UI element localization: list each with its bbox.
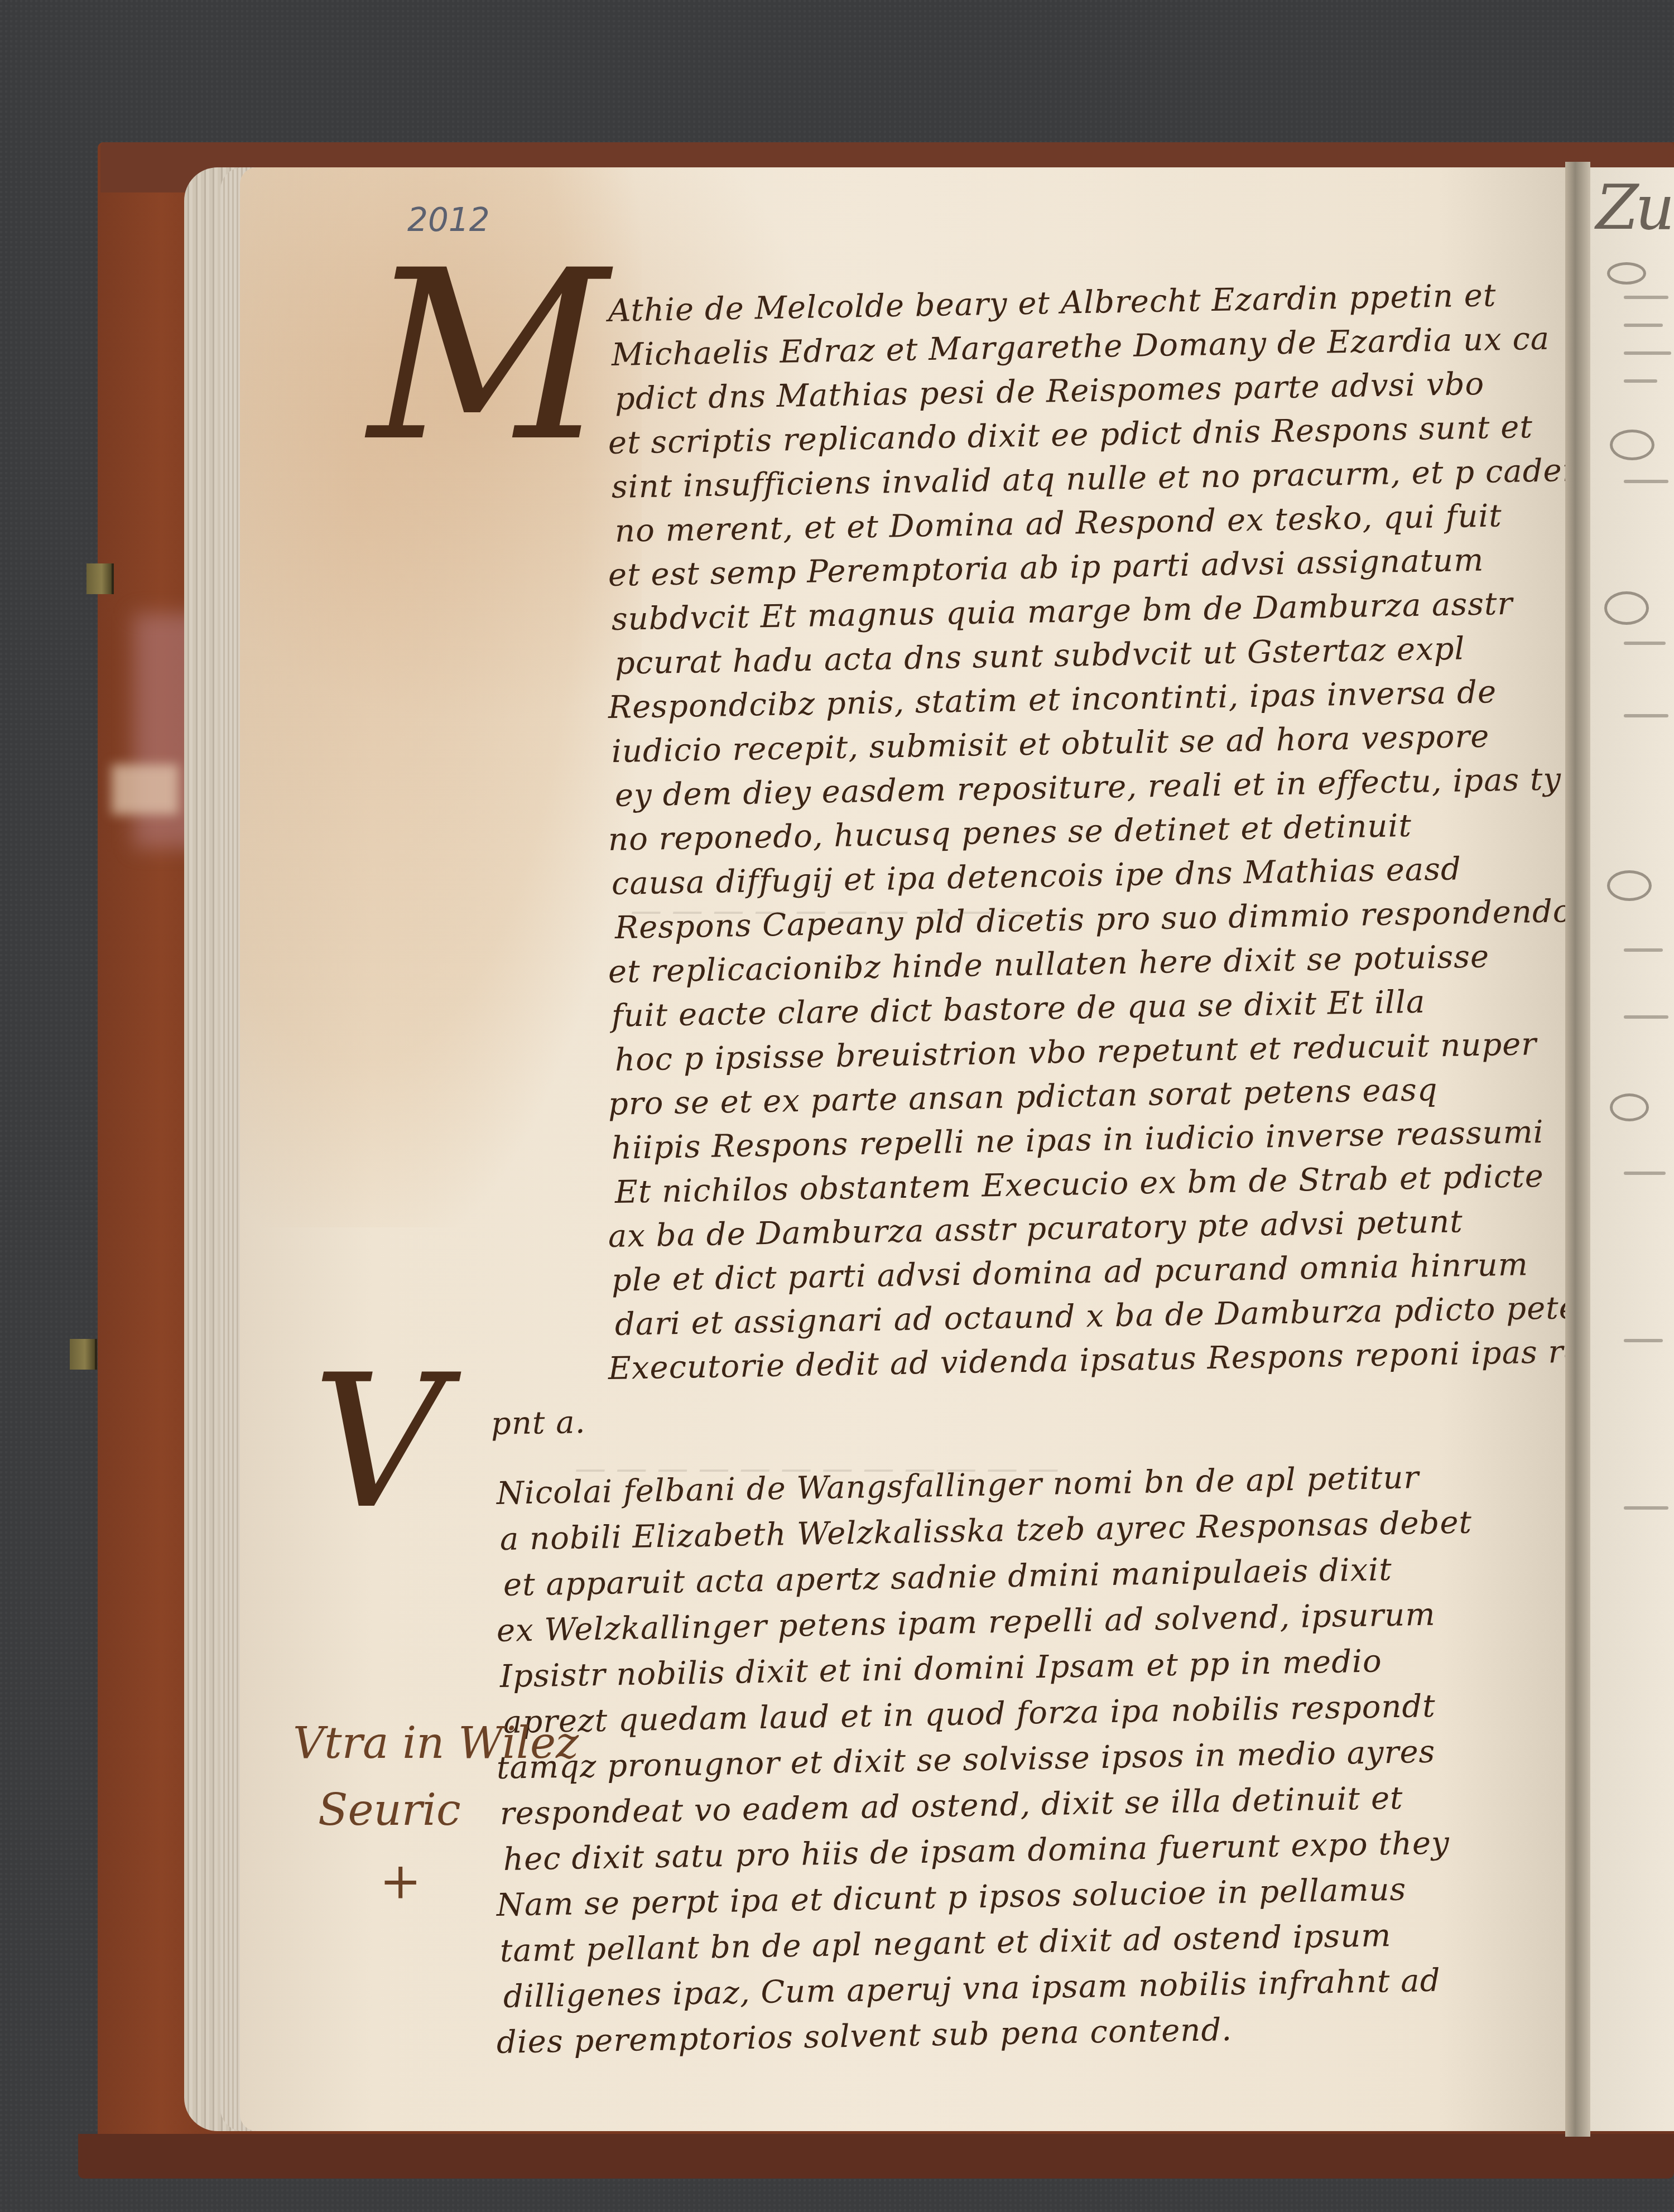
- facing-swash: [1607, 262, 1646, 285]
- manuscript-line: aprezt quedam laud et in quod forza ipa …: [503, 1688, 1436, 1741]
- brass-clasp-lower: [70, 1339, 97, 1370]
- manuscript-line: Nam se perpt ipa et dicunt p ipsos soluc…: [496, 1872, 1406, 1924]
- binding-worn-patch: [112, 764, 179, 815]
- manuscript-line: iudicio recepit, submisit et obtulit se …: [611, 719, 1489, 770]
- section-2-opening: pnt a.: [490, 1404, 586, 1442]
- brass-clasp-upper: [86, 563, 114, 594]
- facing-swash: [1610, 430, 1654, 460]
- manuscript-line: ple et dict parti advsi domina ad pcuran…: [611, 1246, 1528, 1299]
- book-gutter: [1565, 162, 1590, 2137]
- facing-swash: [1610, 1093, 1649, 1121]
- facing-page-heading: Zun: [1596, 172, 1674, 243]
- manuscript-line: dari et assignari ad octaund x ba de Dam…: [614, 1289, 1571, 1343]
- manuscript-line: ey dem diey easdem repositure, reali et …: [614, 761, 1561, 814]
- manuscript-line: ex Welzkallinger petens ipam repelli ad …: [496, 1597, 1436, 1649]
- manuscript-line: hoc p ipsisse breuistrion vbo repetunt e…: [614, 1026, 1537, 1078]
- manuscript-line: et replicacionibz hinde nullaten here di…: [608, 938, 1489, 990]
- binding-bottom-edge: [78, 2134, 1674, 2179]
- facing-swash: [1607, 870, 1652, 901]
- manuscript-line: pro se et ex parte ansan pdictan sorat p…: [608, 1072, 1438, 1122]
- manuscript-line: tamt pellant bn de apl negant et dixit a…: [499, 1917, 1392, 1969]
- manuscript-line: dies peremptorios solvent sub pena conte…: [496, 2012, 1232, 2061]
- facing-swash: [1604, 591, 1649, 625]
- manuscript-line: et apparuit acta apertz sadnie dmini man…: [503, 1551, 1392, 1603]
- facing-page: Zun: [1590, 167, 1674, 2131]
- marginal-note-line-2: Seuric: [318, 1785, 461, 1835]
- decorative-initial-v: V: [312, 1350, 445, 1534]
- manuscript-line: hec dixit satu pro hiis de ipsam domina …: [503, 1825, 1450, 1878]
- manuscript-line: a nobili Elizabeth Welzkalisska tzeb ayr…: [499, 1505, 1472, 1558]
- manuscript-line: hiipis Respons repelli ne ipas in iudici…: [611, 1114, 1544, 1167]
- manuscript-page: — — — — — — — — — — — — — — — — — — — — …: [240, 167, 1571, 2131]
- manuscript-line: ax ba de Damburza asstr pcuratory pte ad…: [608, 1203, 1463, 1255]
- manuscript-line: dilligenes ipaz, Cum aperuj vna ipsam no…: [503, 1963, 1441, 2015]
- manuscript-line: tamqz pronugnor et dixit se solvisse ips…: [496, 1734, 1435, 1786]
- manuscript-line: causa diffugij et ipa detencois ipe dns …: [611, 851, 1461, 902]
- marginal-cross-mark: +: [379, 1852, 421, 1911]
- manuscript-line: no reponedo, hucusq penes se detinet et …: [608, 808, 1412, 858]
- manuscript-line: Et nichilos obstantem Execucio ex bm de …: [614, 1158, 1544, 1211]
- manuscript-line: fuit eacte clare dict bastore de qua se …: [611, 984, 1425, 1034]
- marginal-note-line-1: Vtra in Wilez: [293, 1718, 579, 1768]
- manuscript-line: respondeat vo eadem ad ostend, dixit se …: [499, 1780, 1403, 1832]
- manuscript-line: Ipsistr nobilis dixit et ini domini Ipsa…: [499, 1643, 1382, 1695]
- decorative-initial-m: M: [368, 240, 608, 474]
